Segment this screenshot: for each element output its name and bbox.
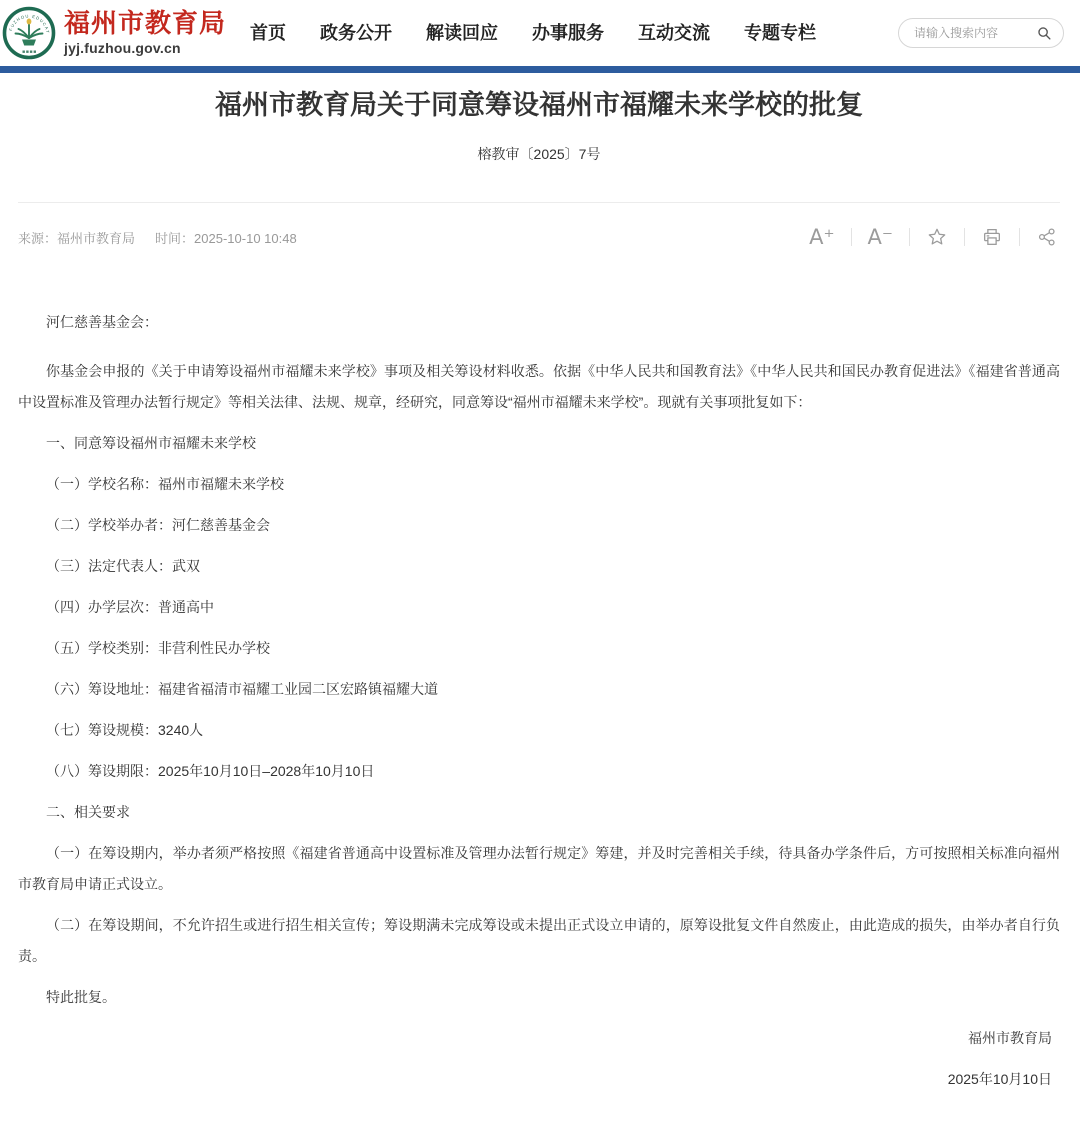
meta-row: 来源：福州市教育局 时间：2025-10-10 10:48 A⁺ A⁻: [18, 223, 1060, 251]
signature-date: 2025年10月10日: [18, 1064, 1060, 1095]
nav-item-special-topics[interactable]: 专题专栏: [744, 0, 816, 66]
body-paragraph: （一）在筹设期内，举办者须严格按照《福建省普通高中设置标准及管理办法暂行规定》筹…: [18, 838, 1060, 900]
meta-time-value: 2025-10-10 10:48: [194, 231, 297, 246]
search-icon: [1035, 24, 1053, 42]
meta-time: 时间：2025-10-10 10:48: [155, 228, 297, 247]
tools-divider: [1019, 228, 1020, 246]
print-button[interactable]: [979, 226, 1005, 248]
body-paragraph: （二）学校举办者：河仁慈善基金会: [18, 510, 1060, 541]
share-button[interactable]: [1034, 226, 1060, 248]
body-paragraph: （二）在筹设期间，不允许招生或进行招生相关宣传；筹设期满未完成筹设或未提出正式设…: [18, 910, 1060, 972]
body-paragraph: （四）办学层次：普通高中: [18, 592, 1060, 623]
nav-item-home[interactable]: 首页: [250, 0, 286, 66]
article-body: 河仁慈善基金会： 你基金会申报的《关于申请筹设福州市福耀未来学校》事项及相关筹设…: [18, 251, 1060, 1095]
site-header: FUZHOU EDUCATION 福州市教育局 jyj.fuzhou.gov.c…: [0, 0, 1080, 66]
body-paragraph: （一）学校名称：福州市福耀未来学校: [18, 469, 1060, 500]
nav-item-gov-affairs[interactable]: 政务公开: [320, 0, 392, 66]
body-paragraph: （八）筹设期限：2025年10月10日–2028年10月10日: [18, 756, 1060, 787]
meta-source-value: 福州市教育局: [57, 231, 135, 246]
document-number: 榕教审〔2025〕7号: [18, 144, 1060, 164]
page-title: 福州市教育局关于同意筹设福州市福耀未来学校的批复: [18, 90, 1060, 120]
signature-org: 福州市教育局: [18, 1023, 1060, 1054]
brand-block: 福州市教育局 jyj.fuzhou.gov.cn: [64, 10, 226, 56]
tools-divider: [909, 228, 910, 246]
meta-source: 来源：福州市教育局: [18, 228, 135, 247]
body-paragraph: （七）筹设规模：3240人: [18, 715, 1060, 746]
body-paragraph: （三）法定代表人：武双: [18, 551, 1060, 582]
printer-icon: [981, 226, 1003, 248]
body-paragraph: 一、同意筹设福州市福耀未来学校: [18, 428, 1060, 459]
body-paragraph: 二、相关要求: [18, 797, 1060, 828]
body-paragraph: 特此批复。: [18, 982, 1060, 1013]
tools-divider: [851, 228, 852, 246]
tools-divider: [964, 228, 965, 246]
main-nav: 首页 政务公开 解读回应 办事服务 互动交流 专题专栏: [250, 0, 816, 66]
header-accent-bar: [0, 66, 1080, 73]
meta-info: 来源：福州市教育局 时间：2025-10-10 10:48: [18, 228, 297, 247]
site-logo[interactable]: FUZHOU EDUCATION 福州市教育局 jyj.fuzhou.gov.c…: [2, 6, 226, 60]
body-paragraph: 你基金会申报的《关于申请筹设福州市福耀未来学校》事项及相关筹设材料收悉。依据《中…: [18, 356, 1060, 418]
body-paragraph: （六）筹设地址：福建省福清市福耀工业园二区宏路镇福耀大道: [18, 674, 1060, 705]
article-tools: A⁺ A⁻: [807, 226, 1060, 248]
body-paragraph: （五）学校类别：非营利性民办学校: [18, 633, 1060, 664]
nav-item-services[interactable]: 办事服务: [532, 0, 604, 66]
search-box: [898, 18, 1064, 48]
meta-time-label: 时间：: [155, 231, 194, 246]
favorite-button[interactable]: [924, 226, 950, 248]
meta-divider: [18, 202, 1060, 203]
body-paragraph: 河仁慈善基金会：: [18, 307, 1060, 338]
nav-item-interaction[interactable]: 互动交流: [638, 0, 710, 66]
article: 福州市教育局关于同意筹设福州市福耀未来学校的批复 榕教审〔2025〕7号 来源：…: [0, 90, 1080, 1129]
education-bureau-emblem-icon: FUZHOU EDUCATION: [2, 6, 56, 60]
site-url: jyj.fuzhou.gov.cn: [64, 40, 226, 56]
font-decrease-button[interactable]: A⁻: [866, 226, 895, 248]
nav-item-interpretation[interactable]: 解读回应: [426, 0, 498, 66]
search-button[interactable]: [1035, 24, 1053, 42]
star-icon: [926, 226, 948, 248]
share-icon: [1036, 226, 1058, 248]
font-increase-button[interactable]: A⁺: [807, 226, 836, 248]
search-input[interactable]: [914, 26, 1035, 40]
site-name: 福州市教育局: [64, 10, 226, 38]
meta-source-label: 来源：: [18, 231, 57, 246]
